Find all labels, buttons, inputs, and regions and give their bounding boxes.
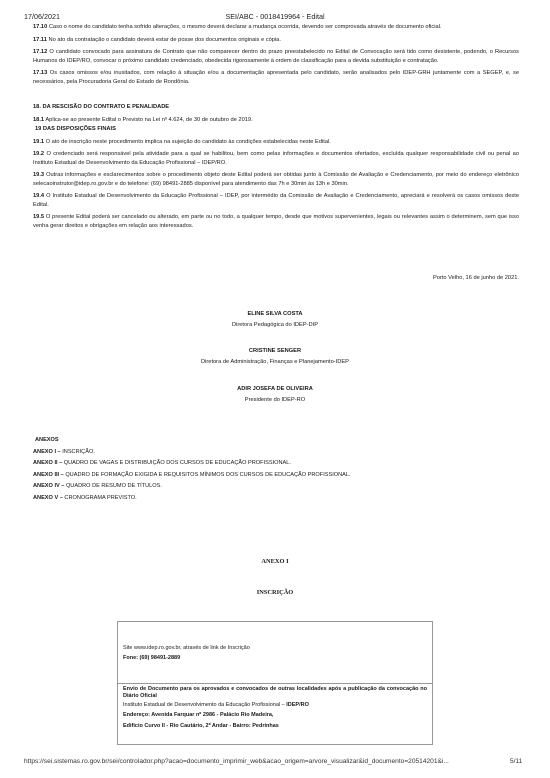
annex-label: ANEXO IV – [33, 483, 64, 489]
annex-heading: ANEXO I [0, 558, 550, 565]
clause-18-1: 18.1 Aplica-se ao presente Edital o Prev… [33, 116, 519, 124]
clause-number: 17.13 [33, 70, 47, 76]
annex-label: ANEXO I – [33, 449, 61, 455]
clause-text: Os casos omissos e/ou inusitados, com re… [33, 70, 519, 84]
print-url: https://sei.sistemas.ro.gov.br/sei/contr… [24, 758, 449, 765]
annex-label: ANEXO V – [33, 495, 63, 501]
clause-number: 17.11 [33, 37, 47, 43]
clause-text: Outras informações e esclarecimentos sob… [33, 172, 519, 186]
annex-label: ANEXO II – [33, 460, 62, 466]
clause-19-1: 19.1 O ato de inscrição neste procedimen… [33, 138, 519, 146]
clause-19-4: 19.4 O Instituto Estadual de Desenvolvim… [33, 192, 519, 209]
clause-text: O Instituto Estadual de Desenvolvimento … [33, 193, 519, 207]
annex-subheading: INSCRIÇÃO [0, 589, 550, 596]
clause-number: 19.3 [33, 172, 44, 178]
clause-number: 19.4 [33, 193, 44, 199]
address-line-2: Edifício Curvo II - Rio Cautário, 2º And… [123, 723, 427, 730]
clause-number: 19.2 [33, 151, 44, 157]
annex-text: CRONOGRAMA PREVISTO. [63, 495, 137, 501]
annex-label: ANEXO III – [33, 472, 64, 478]
annex-list-title: ANEXOS [33, 435, 351, 447]
phone-line: Fone: (69) 98491-2889 [123, 655, 427, 662]
clause-number: 18.1 [33, 117, 44, 123]
annex-item: ANEXO III – QUADRO DE FORMAÇÃO EXIGIDA E… [33, 470, 351, 482]
document-submission-cell: Envio de Documento para os aprovados e c… [123, 686, 427, 733]
signature-name: ADIR JOSEFA DE OLIVEIRA [0, 385, 550, 393]
clause-text: O candidato convocado para assinatura de… [33, 49, 519, 63]
box-divider [118, 683, 432, 684]
annex-item: ANEXO V – CRONOGRAMA PREVISTO. [33, 493, 351, 505]
section-18-title: 18. DA RESCISÃO DO CONTRATO E PENALIDADE [33, 103, 519, 111]
clause-text: O credenciado será responsável pela ativ… [33, 151, 519, 165]
clause-19-5: 19.5 O presente Edital poderá ser cancel… [33, 213, 519, 230]
annex-item: ANEXO IV – QUADRO DE RESUMO DE TÍTULOS. [33, 481, 351, 493]
page-number: 5/11 [510, 758, 522, 765]
place-date: Porto Velho, 16 de junho de 2021. [33, 275, 519, 281]
clause-text: Caso o nome do candidato tenha sofrido a… [49, 24, 442, 30]
clause-number: 17.10 [33, 24, 47, 30]
annex-text: QUADRO DE VAGAS E DISTRIBUIÇÃO DOS CURSO… [62, 460, 291, 466]
annex-item: ANEXO II – QUADRO DE VAGAS E DISTRIBUIÇÃ… [33, 458, 351, 470]
institute-abbr: IDEP/RO [286, 702, 309, 708]
annex-list: ANEXOS ANEXO I – INSCRIÇÃO. ANEXO II – Q… [33, 435, 351, 505]
address-line-1: Endereço: Avenida Farquar nº 2986 - Palá… [123, 712, 427, 719]
clause-number: 19.5 [33, 214, 44, 220]
clause-19-3: 19.3 Outras informações e esclarecimento… [33, 171, 519, 188]
signature-role: Diretora Pedagógica do IDEP-DIP [0, 321, 550, 329]
signature-name: ELINE SILVA COSTA [0, 310, 550, 318]
annex-item: ANEXO I – INSCRIÇÃO. [33, 447, 351, 459]
signature-role: Presidente do IDEP-RO [0, 396, 550, 404]
annex-text: QUADRO DE RESUMO DE TÍTULOS. [64, 483, 162, 489]
institute-name: Instituto Estadual de Desenvolvimento da… [123, 702, 286, 708]
clause-text: O ato de inscrição neste procedimento im… [46, 139, 331, 145]
signature-role: Diretora de Administração, Finanças e Pl… [0, 358, 550, 366]
clause-number: 17.12 [33, 49, 47, 55]
registration-info-box: Site www.idep.ro.gov.br, através de link… [117, 621, 433, 745]
clause-text: Aplica-se ao presente Edital o Previsto … [45, 117, 252, 123]
institute-line: Instituto Estadual de Desenvolvimento da… [123, 702, 427, 709]
clause-17-13: 17.13 Os casos omissos e/ou inusitados, … [33, 69, 519, 86]
print-title: SEI/ABC - 0018419964 - Edital [0, 12, 550, 21]
clause-number: 19.1 [33, 139, 44, 145]
clause-text: O presente Edital poderá ser cancelado o… [33, 214, 519, 228]
annex-text: INSCRIÇÃO. [61, 449, 95, 455]
clause-19-2: 19.2 O credenciado será responsável pela… [33, 150, 519, 167]
submission-title: Envio de Documento para os aprovados e c… [123, 686, 427, 700]
clause-17-12: 17.12 O candidato convocado para assinat… [33, 48, 519, 65]
clause-17-11: 17.11 No ato da contratação o candidato … [33, 36, 519, 44]
clause-text: No ato da contratação o candidato deverá… [49, 37, 281, 43]
annex-text: QUADRO DE FORMAÇÃO EXIGIDA E REQUISITOS … [64, 472, 351, 478]
clause-17-10: 17.10 Caso o nome do candidato tenha sof… [33, 23, 519, 31]
section-19-title: 19 DAS DISPOSIÇÕES FINAIS [33, 125, 519, 133]
document-body: 17.10 Caso o nome do candidato tenha sof… [33, 23, 519, 234]
site-line: Site www.idep.ro.gov.br, através de link… [123, 645, 427, 652]
registration-cell: Site www.idep.ro.gov.br, através de link… [123, 645, 427, 666]
signature-name: CRISTINE SENGER [0, 347, 550, 355]
